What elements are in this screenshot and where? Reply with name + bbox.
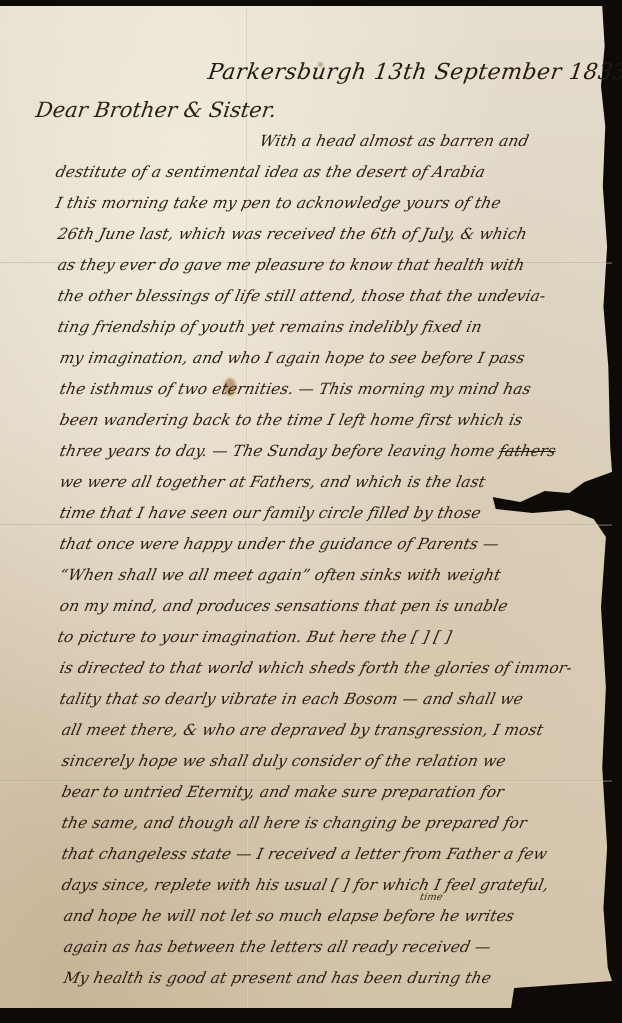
letter-line: is directed to that world which sheds fo… <box>58 659 574 677</box>
letter-line: My health is good at present and has bee… <box>62 969 493 987</box>
letter-line: as they ever do gave me pleasure to know… <box>56 256 526 274</box>
letter-line: all meet there, & who are depraved by tr… <box>60 721 545 739</box>
struck-word: fathers <box>497 442 557 460</box>
letter-line: days since, replete with his usual [ ] f… <box>60 876 551 894</box>
letter-line: With a head almost as barren and <box>258 132 531 150</box>
letter-line: sincerely hope we shall duly consider of… <box>60 752 508 770</box>
letter-heading: Parkersburgh 13th September 1833 <box>206 60 622 85</box>
inserted-word: time <box>419 892 444 903</box>
letter-line: my imagination, and who I again hope to … <box>58 349 527 367</box>
letter-line: on my mind, and produces sensations that… <box>58 597 510 615</box>
letter-line: and hope he will not let so much elapse … <box>62 907 516 925</box>
letter-line: again as has between the letters all rea… <box>62 938 493 956</box>
letter-salutation: Dear Brother & Sister. <box>34 98 278 122</box>
letter-line: 26th June last, which was received the 6… <box>56 225 529 243</box>
letter-line: been wandering back to the time I left h… <box>58 411 524 429</box>
letter-line: the same, and though all here is changin… <box>60 814 529 832</box>
letter-line: three years to day. — The Sunday before … <box>58 442 558 460</box>
letter-line: that once were happy under the guidance … <box>58 535 501 553</box>
letter-line: the isthmus of two eternities. — This mo… <box>58 380 533 398</box>
letter-line: I this morning take my pen to acknowledg… <box>54 194 503 212</box>
letter-line: “When shall we all meet again” often sin… <box>58 566 503 584</box>
letter-line: tality that so dearly vibrate in each Bo… <box>58 690 525 708</box>
letter-line: the other blessings of life still attend… <box>56 287 547 305</box>
line-text: three years to day. — The Sunday before … <box>58 442 496 460</box>
letter-line: we were all together at Fathers, and whi… <box>58 473 487 491</box>
letter-line: destitute of a sentimental idea as the d… <box>54 163 487 181</box>
letter-line: that changeless state — I received a let… <box>60 845 549 863</box>
letter-line: to picture to your imagination. But here… <box>56 628 453 646</box>
scan-stage: Parkersburgh 13th September 1833 Dear Br… <box>0 0 622 1023</box>
letter-line: time that I have seen our family circle … <box>58 504 483 522</box>
letter-text: Parkersburgh 13th September 1833 Dear Br… <box>0 0 622 1023</box>
letter-line: ting friendship of youth yet remains ind… <box>56 318 484 336</box>
letter-line: bear to untried Eternity, and make sure … <box>60 783 506 801</box>
